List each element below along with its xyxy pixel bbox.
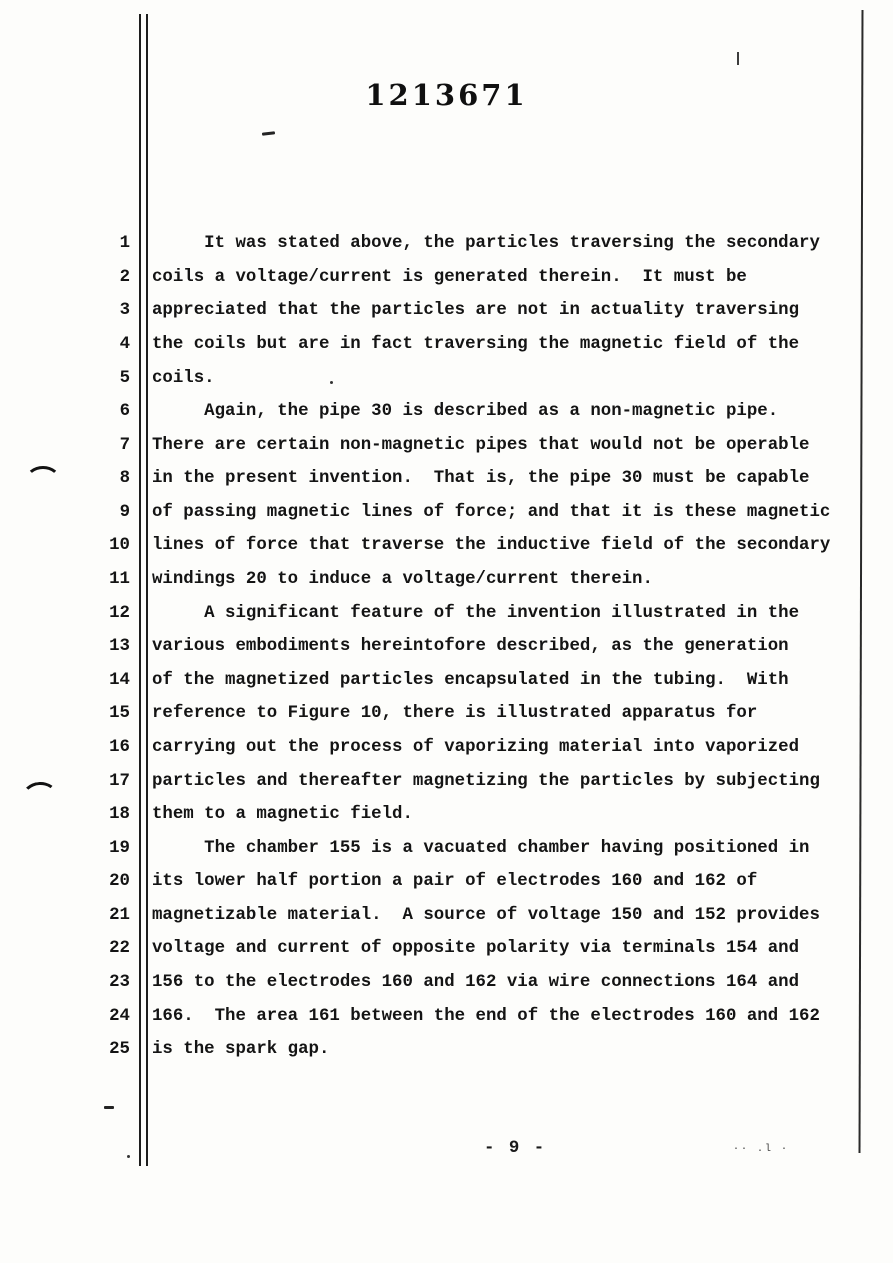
line-number: 5 bbox=[0, 369, 130, 388]
text-line: 19 The chamber 155 is a vacuated chamber… bbox=[0, 831, 893, 865]
line-number: 23 bbox=[0, 973, 130, 992]
text-line: 13various embodiments hereintofore descr… bbox=[0, 630, 893, 664]
text-line: 24166. The area 161 between the end of t… bbox=[0, 999, 893, 1033]
text-line: 17particles and thereafter magnetizing t… bbox=[0, 764, 893, 798]
line-text: voltage and current of opposite polarity… bbox=[152, 939, 799, 958]
line-number: 16 bbox=[0, 738, 130, 757]
line-number: 15 bbox=[0, 704, 130, 723]
stray-ink-marks: ·· .l · bbox=[733, 1144, 789, 1155]
line-text: Again, the pipe 30 is described as a non… bbox=[152, 402, 778, 421]
text-line: 7There are certain non-magnetic pipes th… bbox=[0, 428, 893, 462]
line-text: lines of force that traverse the inducti… bbox=[152, 536, 830, 555]
line-text: There are certain non-magnetic pipes tha… bbox=[152, 436, 809, 455]
line-number: 1 bbox=[0, 234, 130, 253]
line-text: various embodiments hereintofore describ… bbox=[152, 637, 789, 656]
line-number: 8 bbox=[0, 469, 130, 488]
line-text: windings 20 to induce a voltage/current … bbox=[152, 570, 653, 589]
line-text: particles and thereafter magnetizing the… bbox=[152, 772, 820, 791]
line-number: 7 bbox=[0, 436, 130, 455]
line-number: 12 bbox=[0, 604, 130, 623]
line-text: of passing magnetic lines of force; and … bbox=[152, 503, 830, 522]
patent-number-heading: 1213671 bbox=[0, 78, 893, 112]
line-text: of the magnetized particles encapsulated… bbox=[152, 671, 789, 690]
line-number: 10 bbox=[0, 536, 130, 555]
line-number: 3 bbox=[0, 301, 130, 320]
text-line: 20its lower half portion a pair of elect… bbox=[0, 865, 893, 899]
line-number: 2 bbox=[0, 268, 130, 287]
ink-dot bbox=[330, 381, 333, 384]
line-text: the coils but are in fact traversing the… bbox=[152, 335, 799, 354]
text-line: 2coils a voltage/current is generated th… bbox=[0, 261, 893, 295]
line-number: 19 bbox=[0, 839, 130, 858]
line-number: 20 bbox=[0, 872, 130, 891]
pen-dash-mark bbox=[104, 1106, 114, 1109]
line-text: It was stated above, the particles trave… bbox=[152, 234, 820, 253]
line-text: appreciated that the particles are not i… bbox=[152, 301, 799, 320]
line-text: coils. bbox=[152, 369, 215, 388]
line-number: 25 bbox=[0, 1040, 130, 1059]
text-line: 10lines of force that traverse the induc… bbox=[0, 529, 893, 563]
text-line: 25is the spark gap. bbox=[0, 1033, 893, 1067]
text-line: 1 It was stated above, the particles tra… bbox=[0, 227, 893, 261]
text-line: 23156 to the electrodes 160 and 162 via … bbox=[0, 966, 893, 1000]
line-number: 21 bbox=[0, 906, 130, 925]
text-line: 21magnetizable material. A source of vol… bbox=[0, 899, 893, 933]
text-line: 15reference to Figure 10, there is illus… bbox=[0, 697, 893, 731]
line-number: 4 bbox=[0, 335, 130, 354]
text-line: 14of the magnetized particles encapsulat… bbox=[0, 664, 893, 698]
text-line: 9of passing magnetic lines of force; and… bbox=[0, 496, 893, 530]
line-text: 166. The area 161 between the end of the… bbox=[152, 1007, 820, 1026]
line-text: reference to Figure 10, there is illustr… bbox=[152, 704, 757, 723]
line-text: A significant feature of the invention i… bbox=[152, 604, 799, 623]
page-number: - 9 - bbox=[484, 1139, 546, 1158]
line-number: 18 bbox=[0, 805, 130, 824]
pen-dash-mark bbox=[262, 131, 275, 136]
text-line: 16carrying out the process of vaporizing… bbox=[0, 731, 893, 765]
line-text: 156 to the electrodes 160 and 162 via wi… bbox=[152, 973, 799, 992]
line-text: The chamber 155 is a vacuated chamber ha… bbox=[152, 839, 809, 858]
line-text: in the present invention. That is, the p… bbox=[152, 469, 809, 488]
line-number: 9 bbox=[0, 503, 130, 522]
text-line: 11windings 20 to induce a voltage/curren… bbox=[0, 563, 893, 597]
line-number: 22 bbox=[0, 939, 130, 958]
text-body: 1 It was stated above, the particles tra… bbox=[0, 227, 893, 1066]
line-text: its lower half portion a pair of electro… bbox=[152, 872, 757, 891]
text-line: 4the coils but are in fact traversing th… bbox=[0, 328, 893, 362]
text-line: 12 A significant feature of the inventio… bbox=[0, 596, 893, 630]
line-text: coils a voltage/current is generated the… bbox=[152, 268, 747, 287]
text-line: 3appreciated that the particles are not … bbox=[0, 294, 893, 328]
line-number: 6 bbox=[0, 402, 130, 421]
tick-mark bbox=[737, 52, 739, 65]
line-number: 11 bbox=[0, 570, 130, 589]
patent-page: 1213671 1 It was stated above, the parti… bbox=[0, 0, 893, 1263]
ink-dot bbox=[127, 1155, 130, 1158]
line-text: is the spark gap. bbox=[152, 1040, 329, 1059]
pen-arc-mark bbox=[25, 466, 61, 496]
line-number: 14 bbox=[0, 671, 130, 690]
line-number: 24 bbox=[0, 1007, 130, 1026]
text-line: 18them to a magnetic field. bbox=[0, 798, 893, 832]
line-number: 13 bbox=[0, 637, 130, 656]
text-line: 5coils. bbox=[0, 361, 893, 395]
text-line: 6 Again, the pipe 30 is described as a n… bbox=[0, 395, 893, 429]
line-text: them to a magnetic field. bbox=[152, 805, 413, 824]
line-number: 17 bbox=[0, 772, 130, 791]
line-text: carrying out the process of vaporizing m… bbox=[152, 738, 799, 757]
line-text: magnetizable material. A source of volta… bbox=[152, 906, 820, 925]
text-line: 22voltage and current of opposite polari… bbox=[0, 932, 893, 966]
text-line: 8in the present invention. That is, the … bbox=[0, 462, 893, 496]
